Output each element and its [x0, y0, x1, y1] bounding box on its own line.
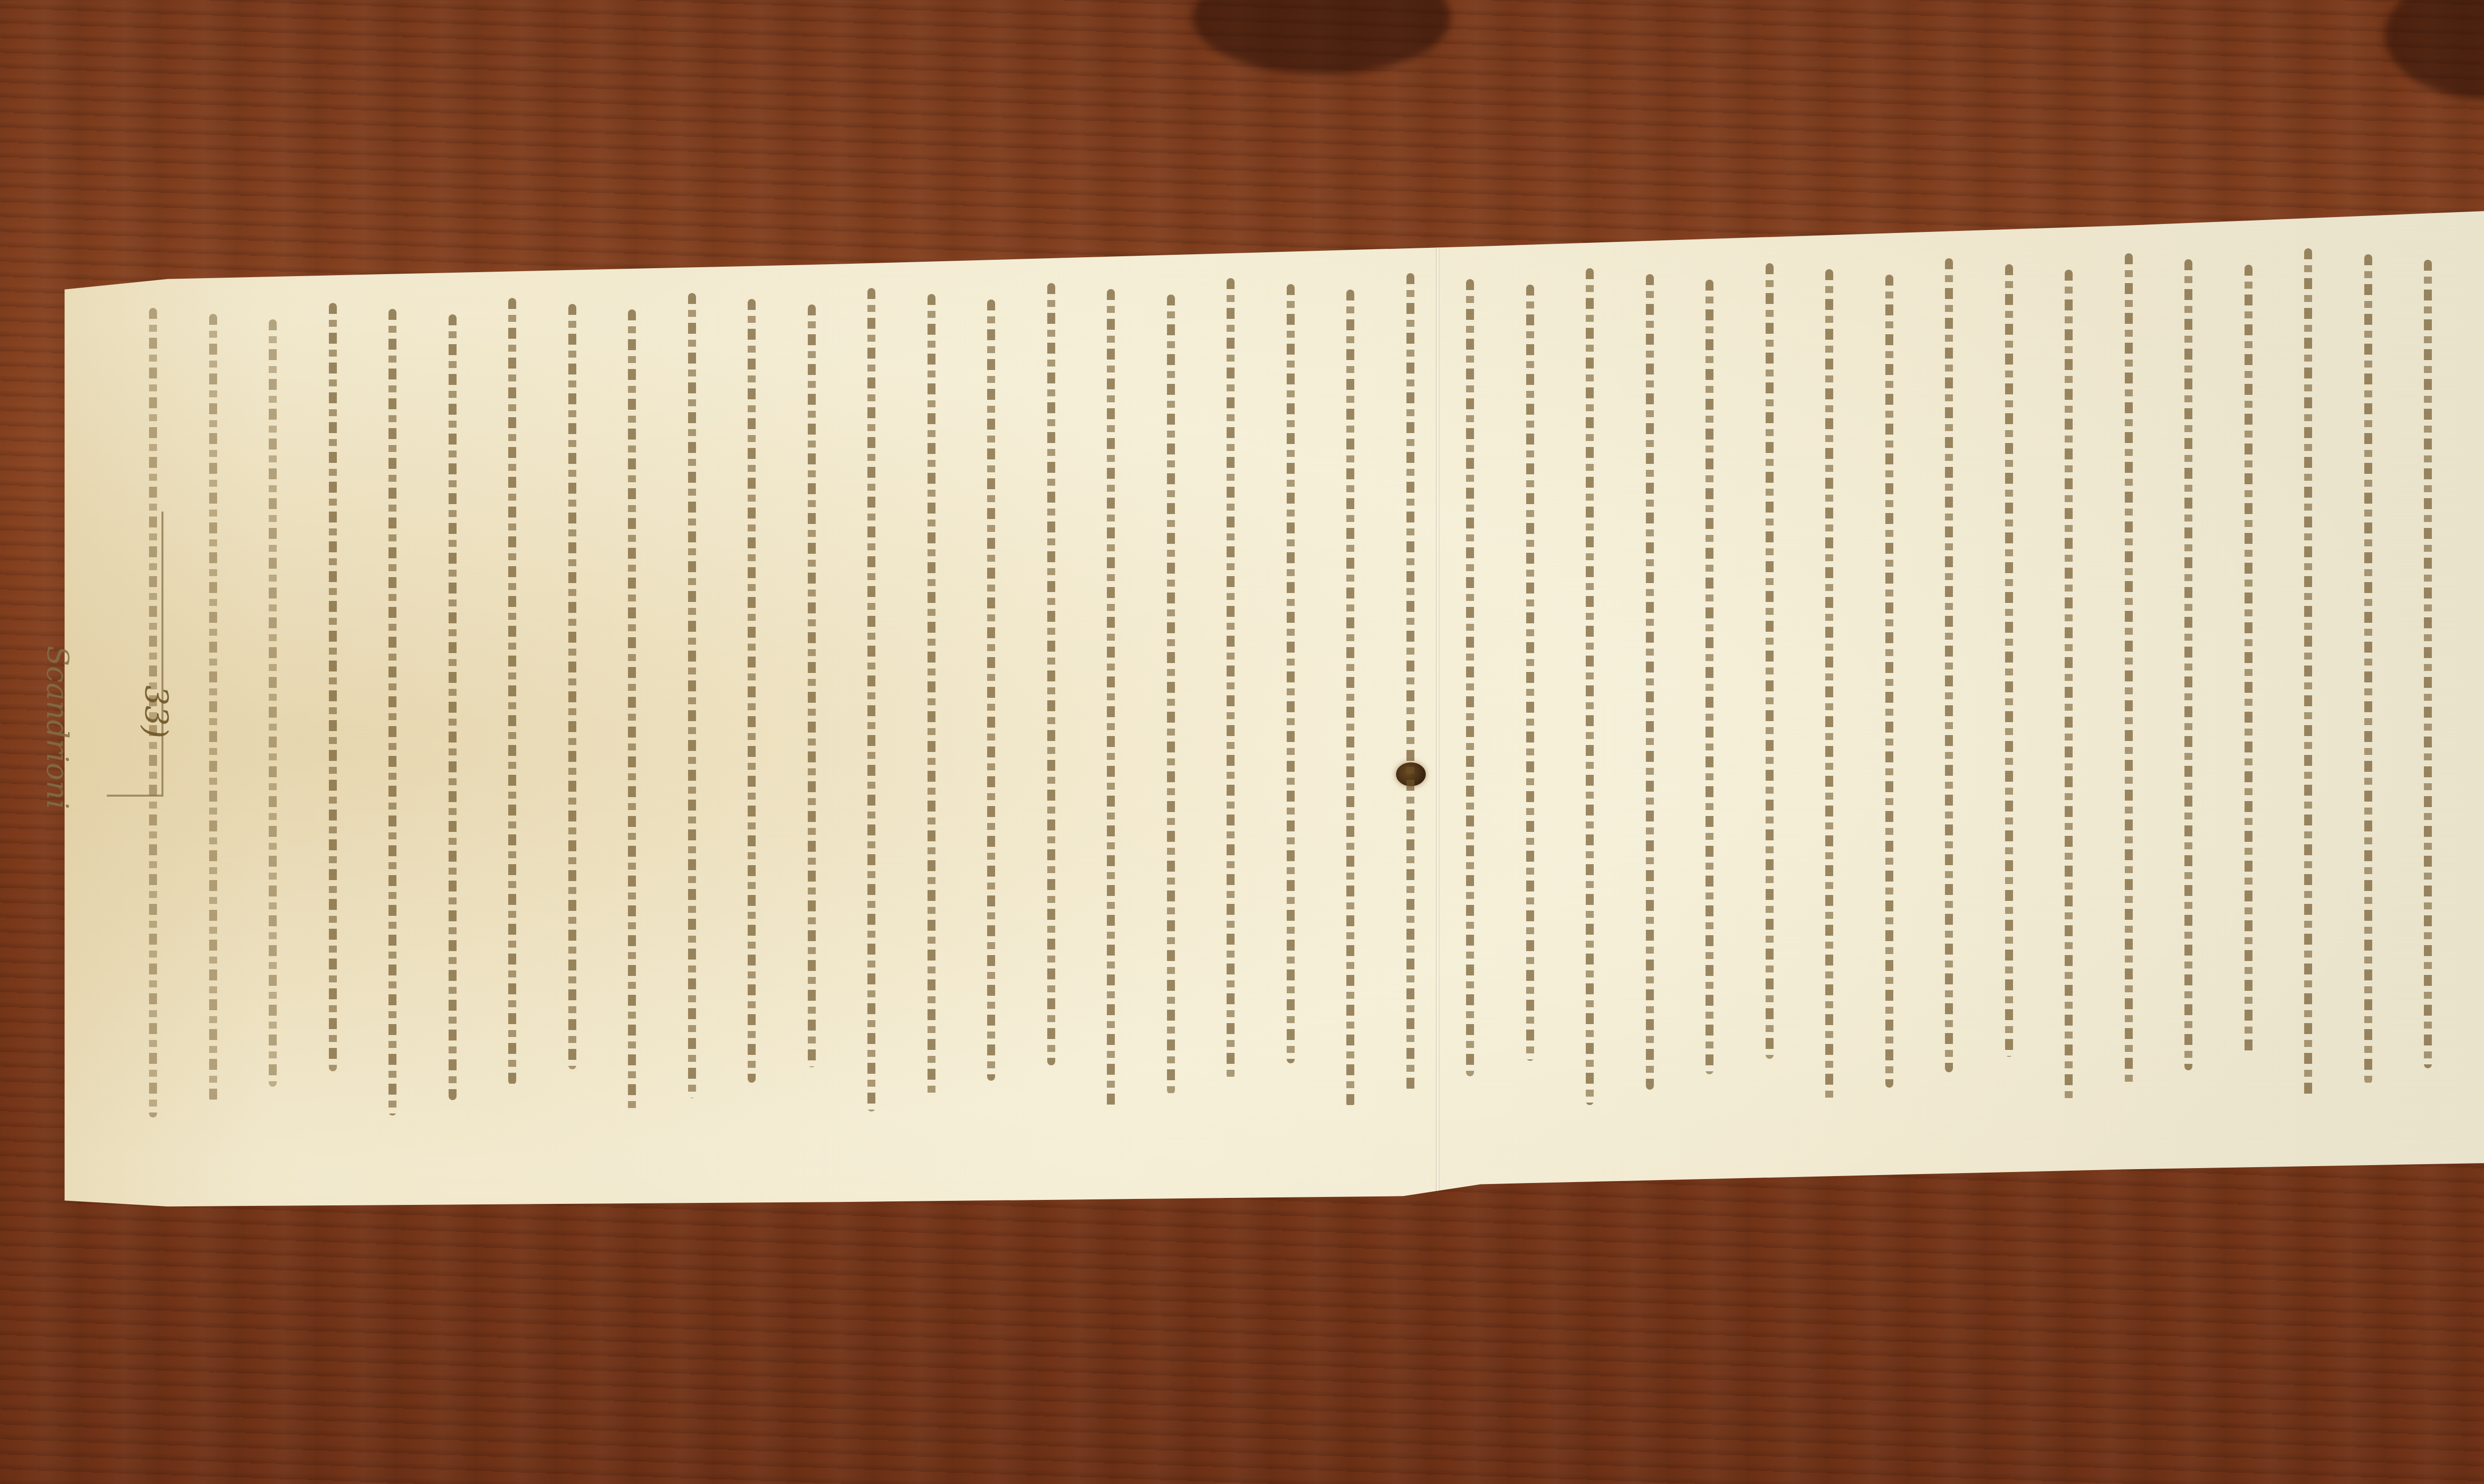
handwritten-text-block: [65, 0, 2484, 1484]
text-line: [1346, 290, 1354, 1107]
text-line: [1287, 284, 1295, 1063]
text-line: [209, 314, 217, 1102]
text-line: [748, 299, 756, 1083]
text-line: [449, 314, 457, 1100]
folio-number: 33): [137, 685, 174, 738]
text-line: [1885, 275, 1893, 1088]
text-line: [329, 303, 337, 1071]
text-line: [867, 288, 875, 1112]
text-line: [1945, 258, 1953, 1072]
text-line: [628, 309, 636, 1113]
text-line: [1706, 280, 1713, 1074]
text-line: [2184, 259, 2192, 1070]
text-line: [1466, 279, 1474, 1077]
text-line: [1766, 263, 1774, 1059]
text-line: [808, 304, 816, 1067]
manuscript-heading: Scandrioni: [40, 646, 75, 809]
text-line: [1167, 295, 1175, 1094]
text-line: [2364, 254, 2372, 1084]
text-line: [1586, 268, 1594, 1105]
text-line: [987, 299, 995, 1080]
text-line: [2424, 260, 2432, 1068]
wood-stain: [2385, 0, 2484, 99]
text-line: [508, 298, 516, 1085]
text-line: [2065, 270, 2073, 1101]
text-line: [1107, 289, 1115, 1110]
text-line: [1227, 278, 1235, 1079]
text-line: [2245, 265, 2252, 1055]
wood-stain: [1192, 0, 1451, 74]
text-line: [928, 294, 935, 1096]
text-line: [1646, 274, 1654, 1090]
text-line: [688, 293, 696, 1098]
text-line: [1047, 283, 1055, 1065]
text-line: [1406, 273, 1414, 1092]
text-line: [568, 304, 576, 1069]
manuscript-page: [65, 0, 2484, 1484]
text-line: [269, 319, 277, 1087]
heading-bracket: [107, 512, 163, 797]
text-line: [1526, 285, 1534, 1061]
text-line: [1825, 269, 1833, 1104]
text-line: [2304, 248, 2312, 1099]
text-line: [388, 309, 396, 1115]
text-line: [2125, 253, 2133, 1086]
text-line: [2005, 264, 2013, 1057]
